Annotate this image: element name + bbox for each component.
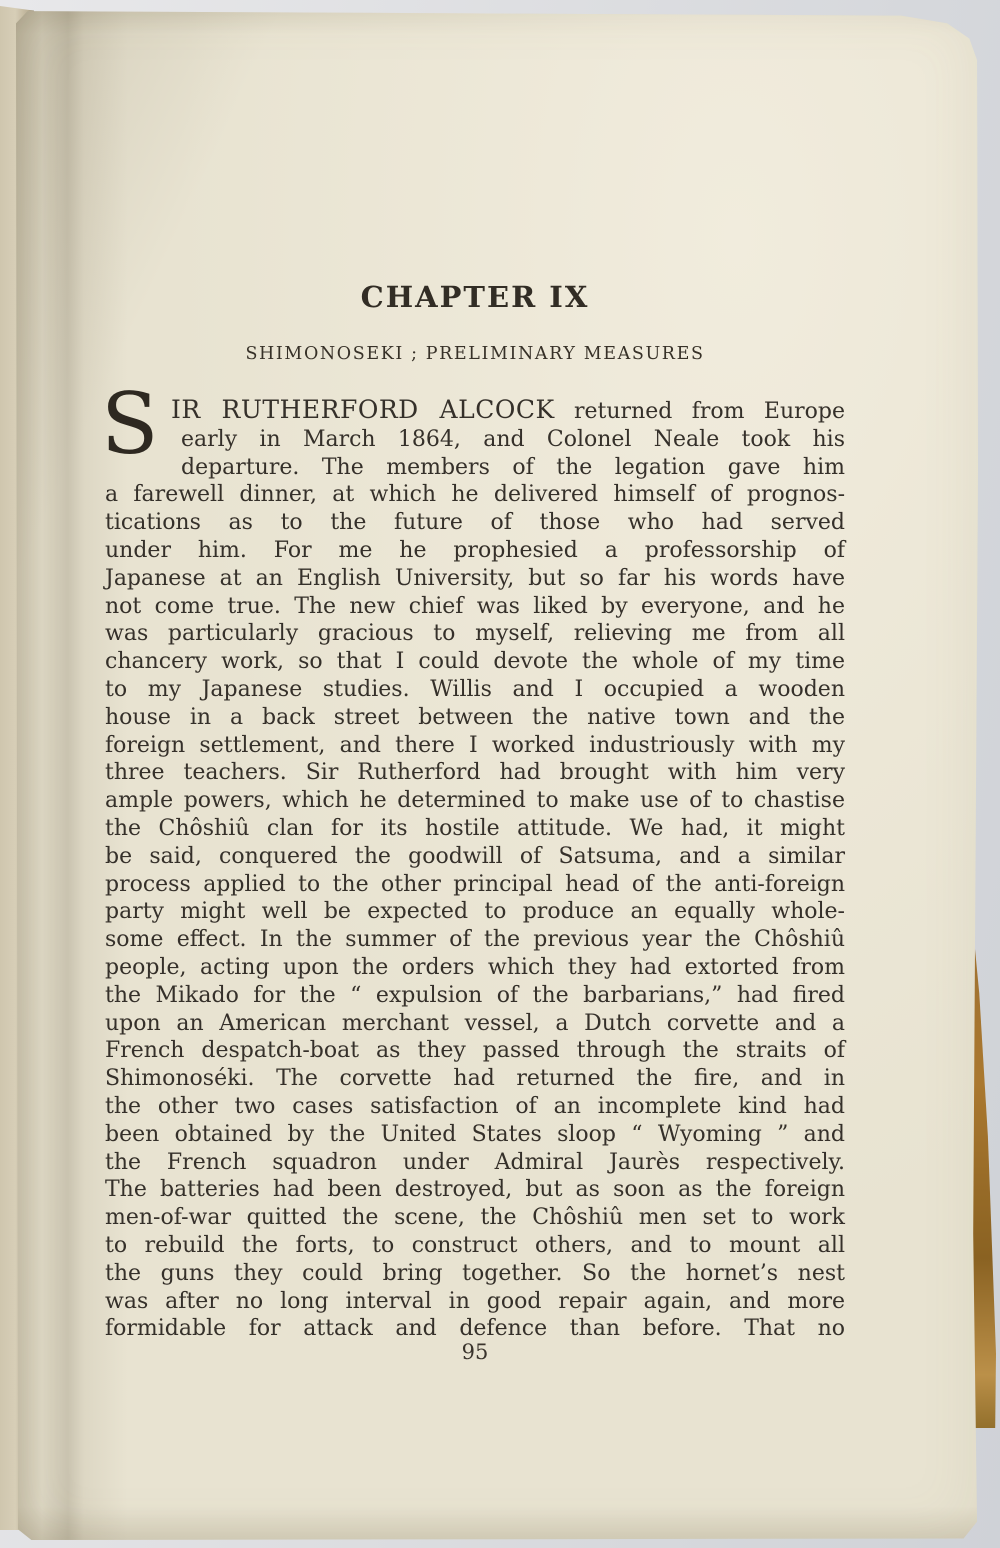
text-line: to my Japanese studies. Willis and I occ… [105, 676, 845, 704]
text-line: chancery work, so that I could devote th… [105, 648, 845, 676]
text-line: foreign settlement, and there I worked i… [105, 732, 845, 760]
text-line: process applied to the other principal h… [105, 871, 845, 899]
text-line: the French squadron under Admiral Jaurès… [105, 1149, 845, 1177]
text-line: to rebuild the forts, to construct other… [105, 1232, 845, 1260]
opening-rest: returned from Europe [574, 399, 845, 424]
text-line: French despatch-boat as they passed thro… [105, 1037, 845, 1065]
opening-caps: IR RUTHERFORD ALCOCK [171, 395, 555, 424]
text-line: people, acting upon the orders which the… [105, 954, 845, 982]
drop-cap: S [101, 388, 159, 460]
text-line: Shimonoséki. The corvette had returned t… [105, 1065, 845, 1093]
text-line: upon an American merchant vessel, a Dutc… [105, 1010, 845, 1038]
text-line: was after no long interval in good repai… [105, 1288, 845, 1316]
section-heading: SHIMONOSEKI ; PRELIMINARY MEASURES [105, 344, 845, 364]
body-text: S IR RUTHERFORD ALCOCK returned from Eur… [105, 396, 845, 1343]
text-line: departure. The members of the legation g… [105, 454, 845, 482]
text-line: was particularly gracious to myself, rel… [105, 620, 845, 648]
text-line: ample powers, which he determined to mak… [105, 787, 845, 815]
text-line: the Chôshiû clan for its hostile attitud… [105, 815, 845, 843]
text-line: some effect. In the summer of the previo… [105, 926, 845, 954]
text-line: tications as to the future of those who … [105, 509, 845, 537]
text-line: not come true. The new chief was liked b… [105, 593, 845, 621]
text-line: been obtained by the United States sloop… [105, 1121, 845, 1149]
text-line: house in a back street between the nativ… [105, 704, 845, 732]
text-line: the Mikado for the “ expulsion of the ba… [105, 982, 845, 1010]
text-line: formidable for attack and defence than b… [105, 1315, 845, 1343]
book-page: CHAPTER IX SHIMONOSEKI ; PRELIMINARY MEA… [16, 8, 978, 1540]
text-line: early in March 1864, and Colonel Neale t… [105, 426, 845, 454]
text-line: a farewell dinner, at which he delivered… [105, 481, 845, 509]
text-line: the other two cases satisfaction of an i… [105, 1093, 845, 1121]
text-line: The batteries had been destroyed, but as… [105, 1176, 845, 1204]
text-line: the guns they could bring together. So t… [105, 1260, 845, 1288]
page-number: 95 [105, 1340, 845, 1364]
lines-container: early in March 1864, and Colonel Neale t… [105, 426, 845, 1343]
chapter-heading: CHAPTER IX [105, 280, 845, 314]
text-line: three teachers. Sir Rutherford had broug… [105, 759, 845, 787]
text-line: IR RUTHERFORD ALCOCK returned from Europ… [105, 396, 845, 426]
text-line: under him. For me he prophesied a profes… [105, 537, 845, 565]
text-line: party might well be expected to produce … [105, 898, 845, 926]
text-line: Japanese at an English University, but s… [105, 565, 845, 593]
text-line: men-of-war quitted the scene, the Chôshi… [105, 1204, 845, 1232]
text-line: be said, conquered the goodwill of Satsu… [105, 843, 845, 871]
